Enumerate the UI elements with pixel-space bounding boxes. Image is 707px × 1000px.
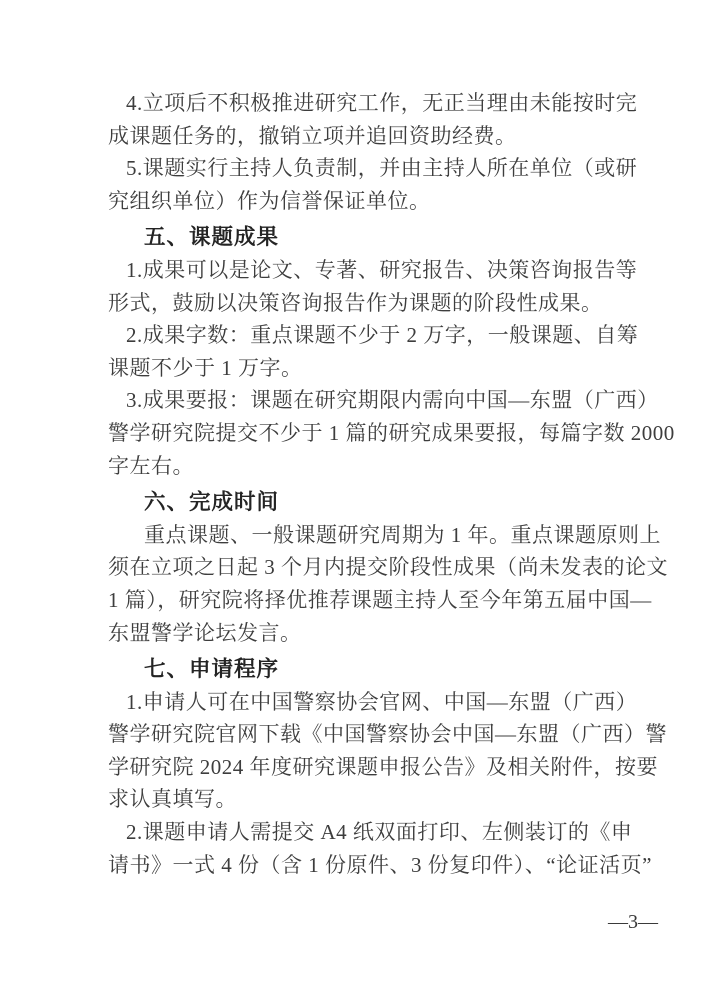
paragraph-line: 课题不少于 1 万字。 [108,352,614,385]
paragraph-line: 3.成果要报：课题在研究期限内需向中国—东盟（广西） [108,384,614,417]
paragraph-line: 字左右。 [108,450,614,483]
paragraph-line: 警学研究院提交不少于 1 篇的研究成果要报，每篇字数 2000 [108,417,614,450]
paragraph-line: 1 篇），研究院将择优推荐课题主持人至今年第五届中国— [108,584,614,617]
paragraph-line: 2.成果字数：重点课题不少于 2 万字，一般课题、自筹 [108,319,614,352]
paragraph-line: 4.立项后不积极推进研究工作，无正当理由未能按时完 [108,87,614,120]
paragraph-line: 形式，鼓励以决策咨询报告作为课题的阶段性成果。 [108,287,614,320]
section-heading-6: 六、完成时间 [108,486,614,519]
paragraph-line: 东盟警学论坛发言。 [108,617,614,650]
paragraph-line: 重点课题、一般课题研究周期为 1 年。重点课题原则上 [108,519,614,552]
section-heading-7: 七、申请程序 [108,653,614,686]
paragraph-line: 学研究院 2024 年度研究课题申报公告》及相关附件，按要 [108,751,614,784]
paragraph-line: 1.申请人可在中国警察协会官网、中国—东盟（广西） [108,686,614,719]
page-number: —3— [152,909,658,935]
section-heading-5: 五、课题成果 [108,221,614,254]
paragraph-line: 警学研究院官网下载《中国警察协会中国—东盟（广西）警 [108,718,614,751]
paragraph-line: 须在立项之日起 3 个月内提交阶段性成果（尚未发表的论文 [108,551,614,584]
document-body: 4.立项后不积极推进研究工作，无正当理由未能按时完 成课题任务的，撤销立项并追回… [108,0,614,935]
paragraph-line: 5.课题实行主持人负责制，并由主持人所在单位（或研 [108,152,614,185]
document-page: 4.立项后不积极推进研究工作，无正当理由未能按时完 成课题任务的，撤销立项并追回… [0,0,707,1000]
paragraph-line: 1.成果可以是论文、专著、研究报告、决策咨询报告等 [108,254,614,287]
paragraph-line: 成课题任务的，撤销立项并追回资助经费。 [108,120,614,153]
paragraph-line: 究组织单位）作为信誉保证单位。 [108,185,614,218]
paragraph-line: 2.课题申请人需提交 A4 纸双面打印、左侧装订的《申 [108,816,614,849]
paragraph-line: 求认真填写。 [108,783,614,816]
paragraph-line: 请书》一式 4 份（含 1 份原件、3 份复印件）、“论证活页” [108,849,614,882]
